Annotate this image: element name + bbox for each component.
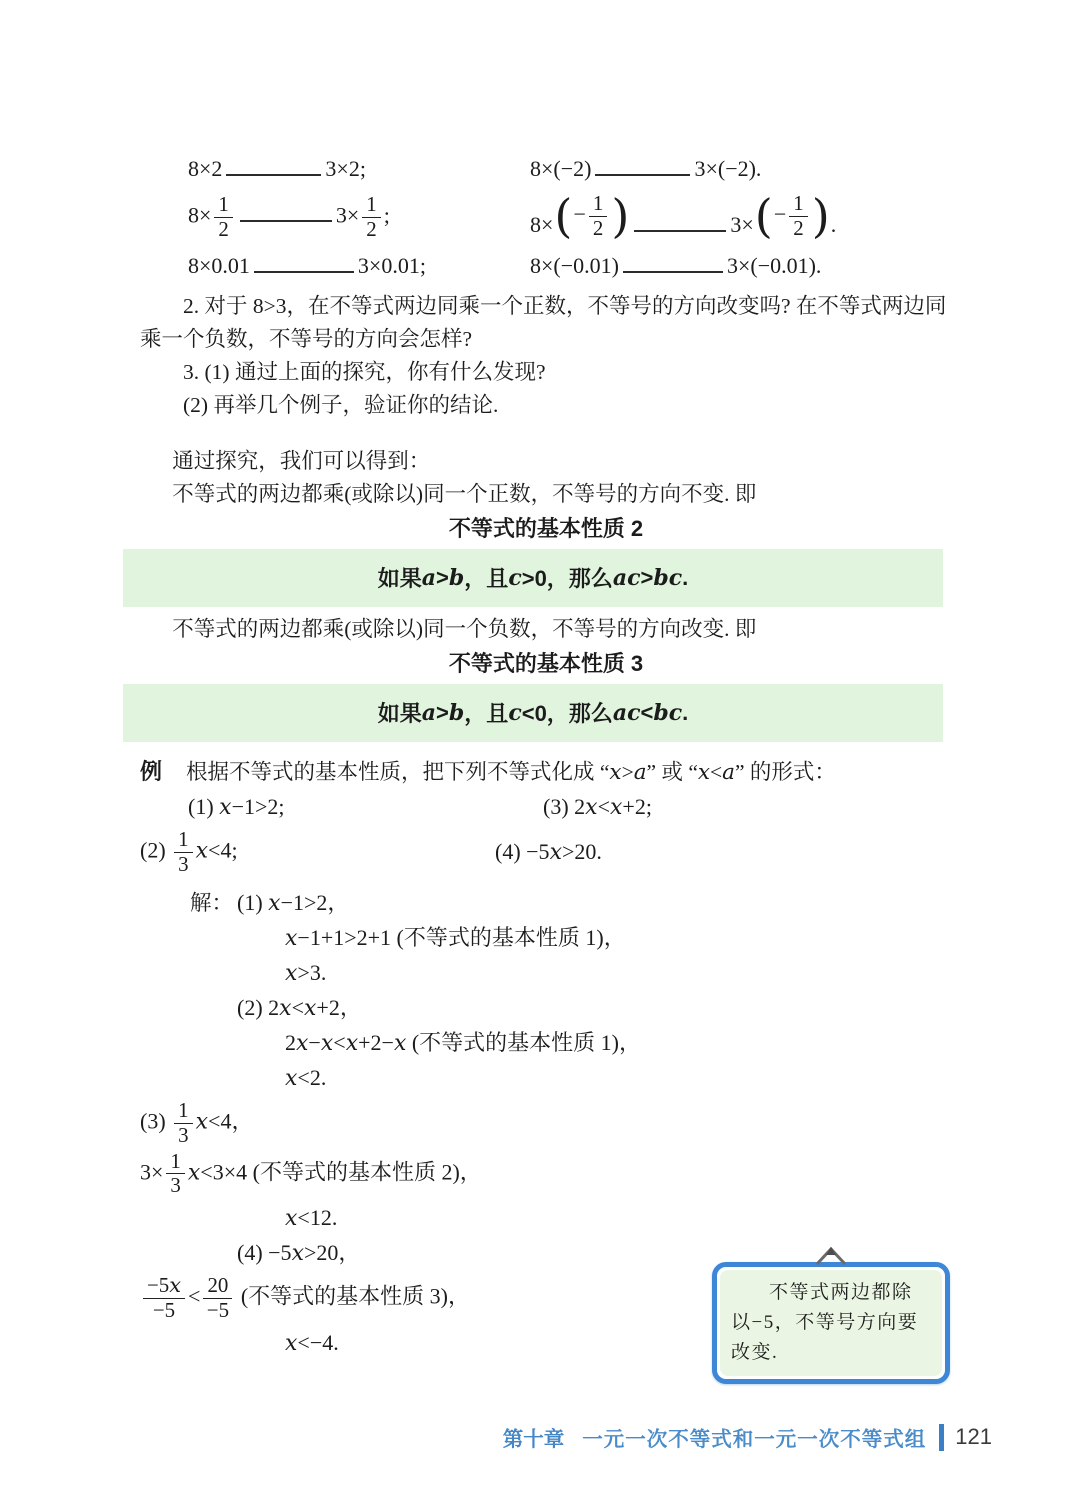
warmup-exercises: 8×23×2; 8×(−2)3×(−2). 8×123×12; 8×(−12)3… (140, 152, 952, 283)
hanger-pin-icon (811, 1245, 851, 1270)
property2-heading: 不等式的基本性质 2 (140, 512, 952, 546)
solution-eq-2b: 2x−x<x+2−x (不等式的基本性质 1)， (285, 1026, 952, 1061)
warmup-row-1: 8×23×2; 8×(−2)3×(−2). (140, 152, 952, 186)
solution-eq-3a: (3) 13x<4， (140, 1100, 952, 1147)
property3-statement-band: 如果 a>b，且 c<0，那么 ac<bc. (123, 684, 943, 742)
example-intro: 根据不等式的基本性质，把下列不等式化成 “x>a” 或 “x<a” 的形式： (186, 755, 836, 790)
solution-eq-2c: x<2. (285, 1061, 952, 1096)
warmup-r1-right: 8×(−2)3×(−2). (530, 152, 761, 186)
page-footer: 第十章 一元一次不等式和一元一次不等式组 121 (503, 1422, 992, 1452)
chapter-title: 一元一次不等式和一元一次不等式组 (582, 1422, 926, 1452)
negative-rule-text: 不等式的两边都乘(或除以)同一个负数，不等号的方向改变. 即 (140, 613, 952, 646)
warmup-r1-left: 8×23×2; (188, 152, 530, 186)
callout-background: 不等式两边都除以−5，不等号方向要改变. (720, 1270, 942, 1376)
property2-statement-band: 如果 a>b，且 c>0，那么 ac>bc. (123, 549, 943, 607)
footer-divider (939, 1424, 944, 1451)
textbook-page: 8×23×2; 8×(−2)3×(−2). 8×123×12; 8×(−12)3… (0, 0, 1080, 1491)
example-item-3: (3) 2x<x+2; (543, 790, 652, 825)
example-label: 例 (140, 755, 186, 790)
question-3-part2: (2) 再举几个例子，验证你的结论. (140, 389, 952, 422)
solution-eq-1c: x>3. (285, 956, 952, 991)
solution-eq-3c: x<12. (285, 1201, 952, 1236)
callout-frame: 不等式两边都除以−5，不等号方向要改变. (712, 1262, 950, 1384)
question-3-part1: 3. (1) 通过上面的探究，你有什么发现? (140, 356, 952, 389)
chapter-label: 第十章 (503, 1422, 565, 1452)
example-items-row-1: (1) x−1>2; (3) 2x<x+2; (140, 790, 952, 825)
example-items-row-2: (2) 13x<4; (4) −5x>20. (140, 825, 952, 880)
positive-rule-text: 不等式的两边都乘(或除以)同一个正数，不等号的方向不变. 即 (140, 478, 952, 511)
question-2: 2. 对于 8>3，在不等式两边同乘一个正数，不等号的方向改变吗? 在不等式两边… (140, 290, 952, 356)
callout-text: 不等式两边都除以−5，不等号方向要改变. (731, 1278, 931, 1368)
property3-heading: 不等式的基本性质 3 (140, 647, 952, 681)
example-item-4: (4) −5x>20. (495, 835, 602, 870)
example-header: 例 根据不等式的基本性质，把下列不等式化成 “x>a” 或 “x<a” 的形式： (140, 755, 952, 790)
conclusion-intro: 通过探究，我们可以得到： (140, 445, 952, 478)
solution-label: 解： (190, 886, 237, 921)
solution-eq-3b: 3×13x<3×4 (不等式的基本性质 2)， (140, 1151, 952, 1198)
warmup-r2-left: 8×123×12; (188, 194, 530, 241)
example-item-2: (2) 13x<4; (140, 829, 495, 876)
solution-eq-1a: (1) x−1>2， (237, 886, 349, 921)
solution-eq-2a: (2) 2x<x+2， (237, 991, 952, 1026)
page-content: 8×23×2; 8×(−2)3×(−2). 8×123×12; 8×(−12)3… (140, 152, 952, 1361)
warmup-r2-right: 8×(−12)3×(−12). (530, 193, 836, 242)
warmup-r3-left: 8×0.013×0.01; (188, 249, 530, 283)
note-callout: 不等式两边都除以−5，不等号方向要改变. (712, 1262, 950, 1384)
warmup-row-3: 8×0.013×0.01; 8×(−0.01)3×(−0.01). (140, 249, 952, 283)
warmup-row-2: 8×123×12; 8×(−12)3×(−12). (140, 193, 952, 242)
warmup-r3-right: 8×(−0.01)3×(−0.01). (530, 249, 821, 283)
example-item-1: (1) x−1>2; (188, 790, 543, 825)
solution-line-1a: 解： (1) x−1>2， (140, 886, 952, 921)
page-number: 121 (955, 1424, 992, 1450)
solution-eq-1b: x−1+1>2+1 (不等式的基本性质 1)， (285, 921, 952, 956)
